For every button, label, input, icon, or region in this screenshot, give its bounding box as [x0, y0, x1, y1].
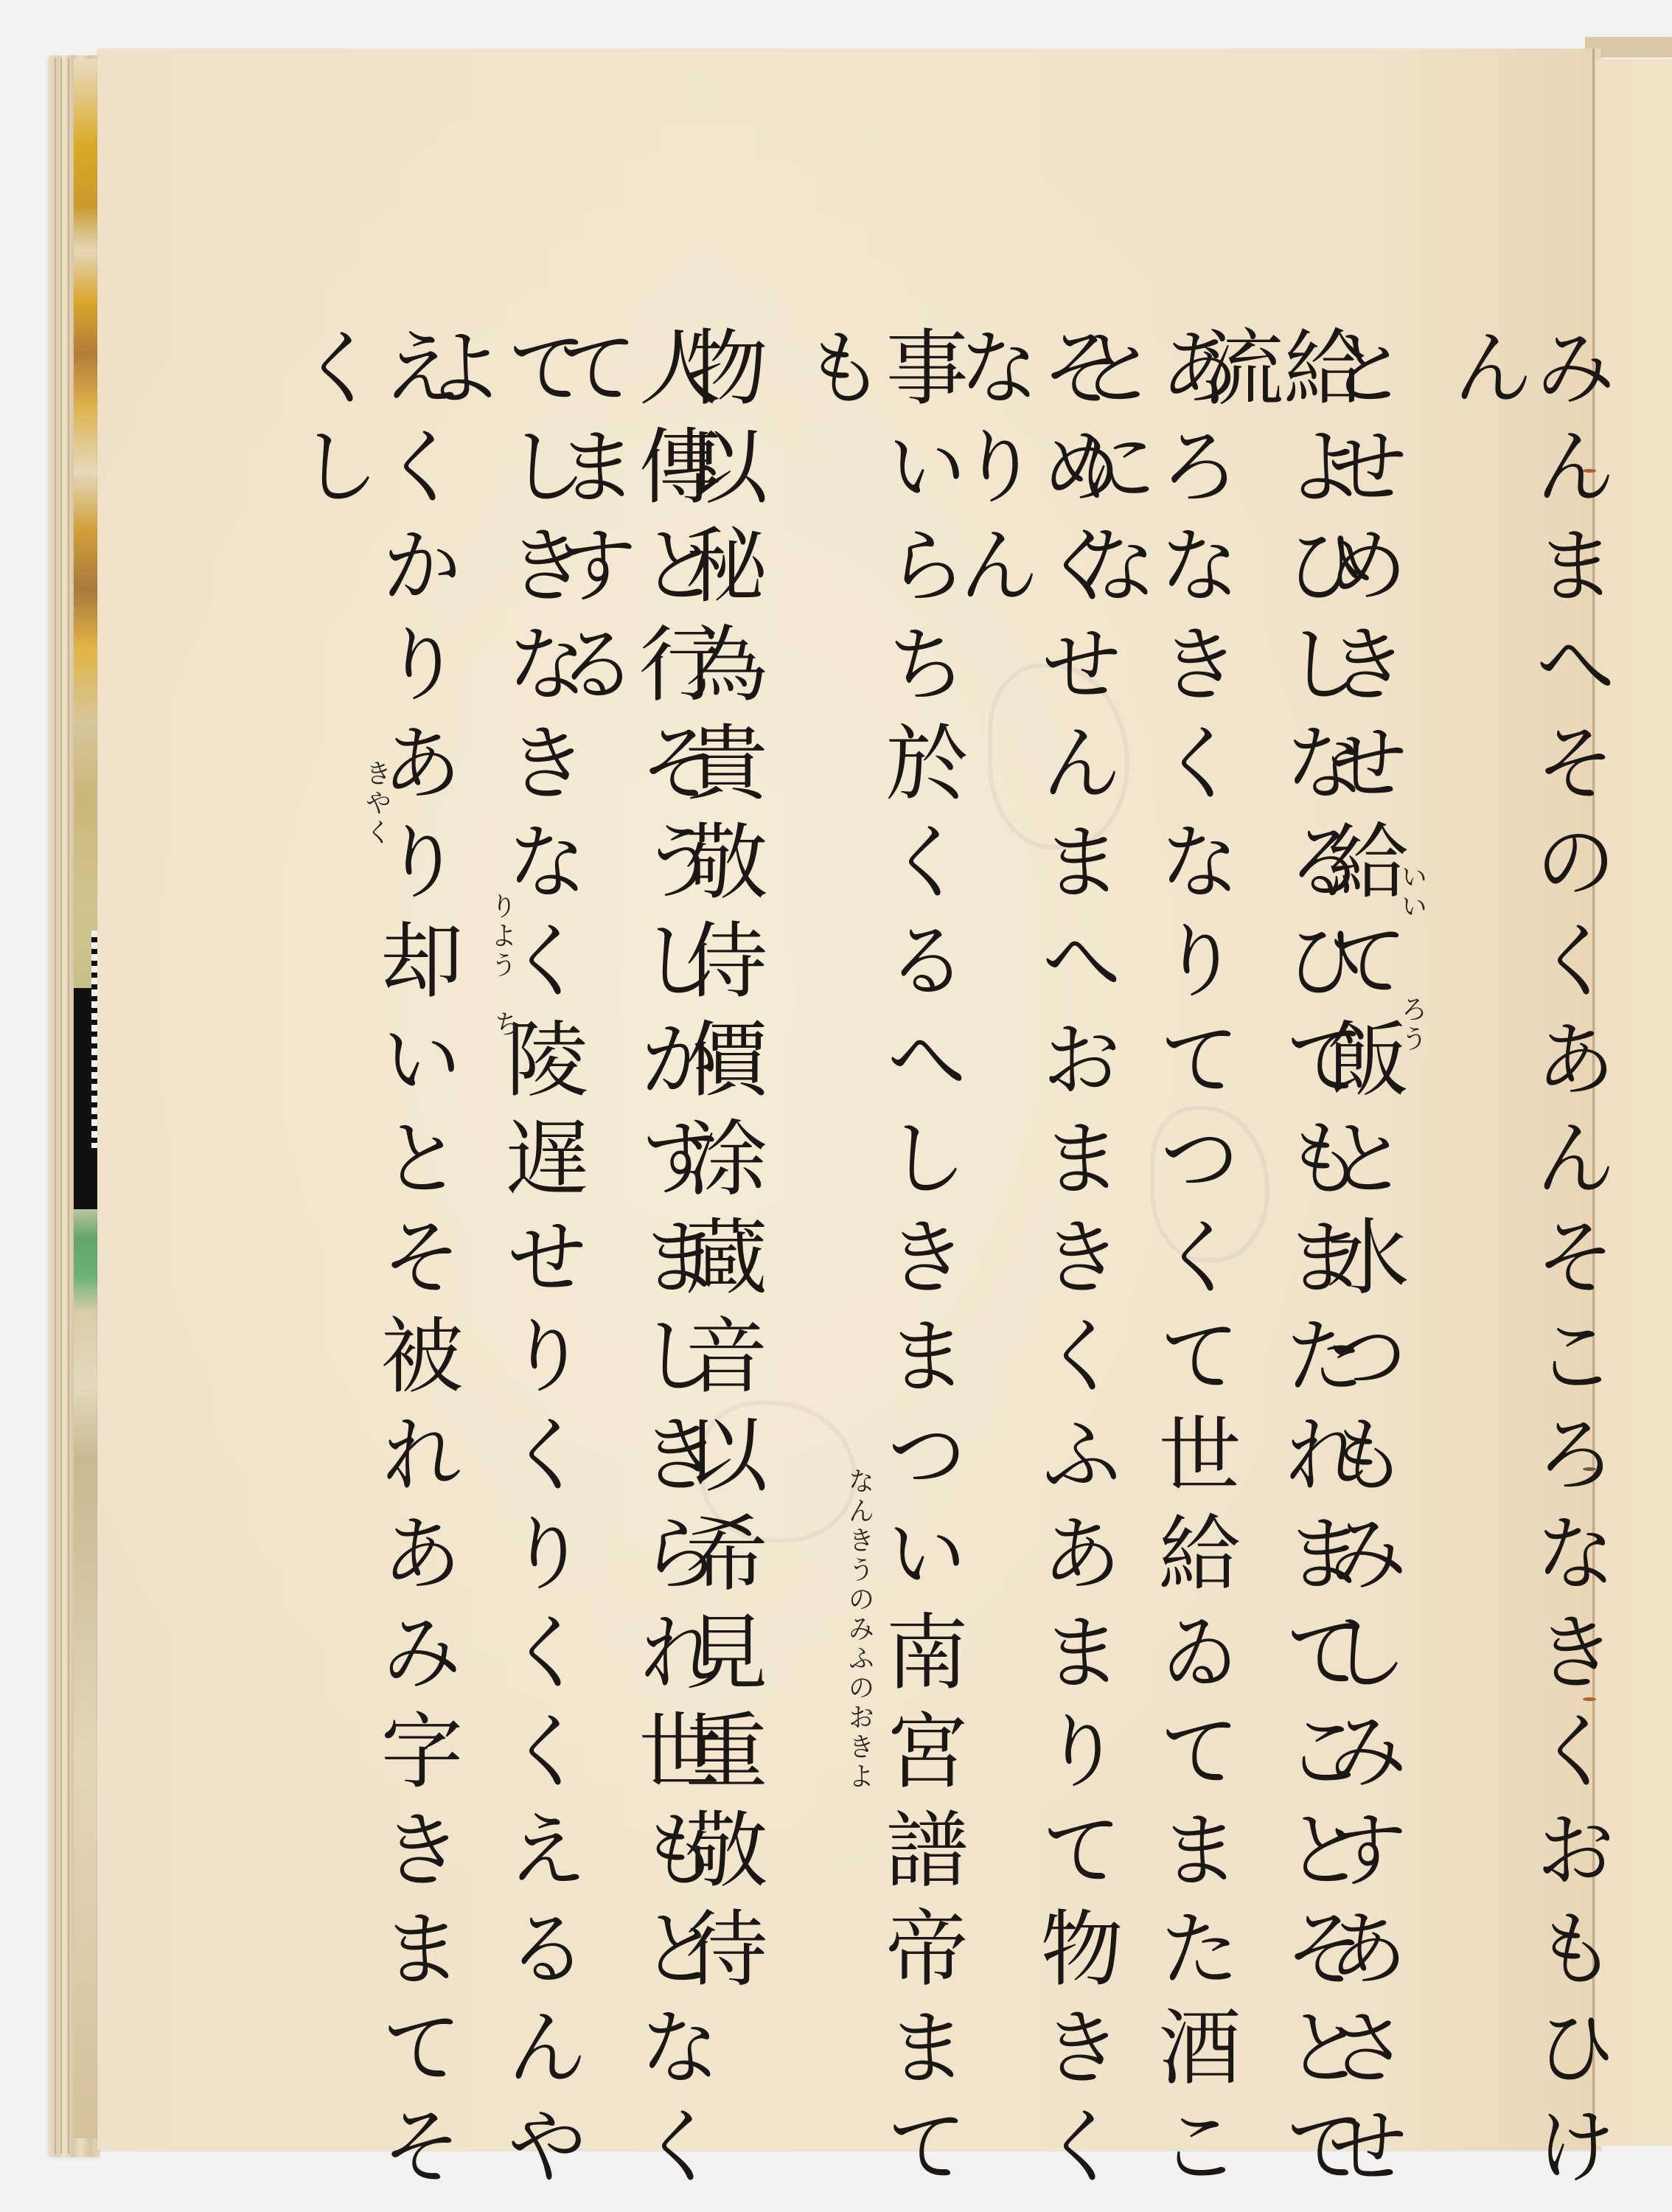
- furigana: りよう: [483, 892, 520, 981]
- furigana: いい: [1393, 863, 1431, 922]
- furigana: ろう: [1393, 995, 1431, 1054]
- text-columns: みんまへそのくあんそころなきくおもひけん とせめきせ給て飯と水つもみしみすあさせ…: [0, 0, 1672, 2212]
- text-column-5: そめくせんまへおまきくふあまりて物きくなりん: [951, 324, 1116, 2212]
- text-column-1: みんまへそのくあんそころなきくおもひけん: [1445, 324, 1610, 2212]
- furigana: なんきうのみふのおきよ: [840, 1467, 878, 1792]
- furigana: ち: [487, 1010, 524, 1040]
- text-column-10: えくかりあり却いとそ被れあみ字きまてそくし: [291, 324, 456, 2212]
- text-column-6: 事いらち於くるへしきまつい南宮譜帝まても: [796, 324, 961, 2212]
- furigana: きやく: [358, 759, 395, 848]
